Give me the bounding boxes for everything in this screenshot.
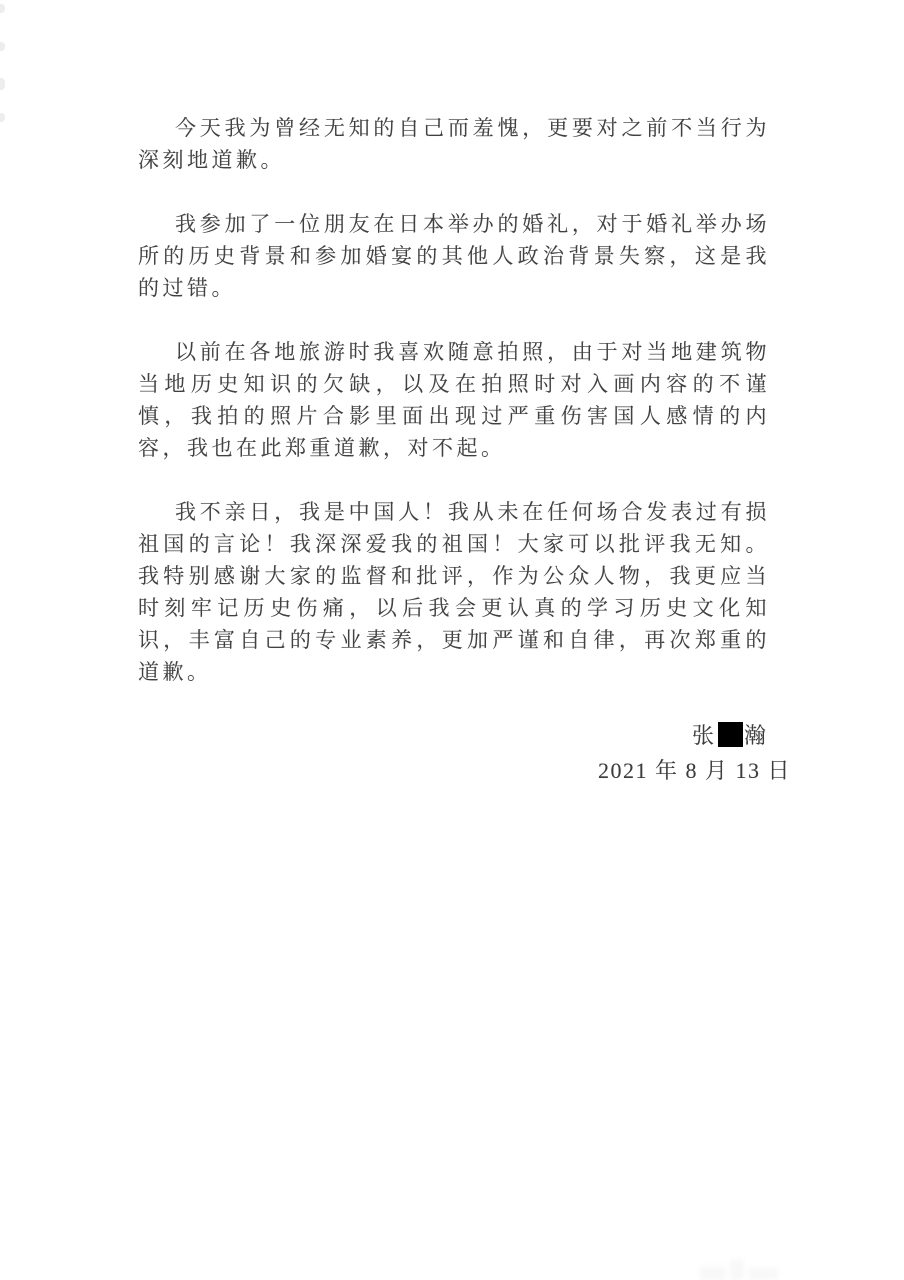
watermark-blob [748, 1268, 778, 1280]
faint-watermark [700, 1258, 780, 1280]
watermark-blob [730, 1260, 744, 1280]
signature-block: 张瀚 2021 年 8 月 13 日 [138, 720, 770, 787]
letter-body: 今天我为曾经无知的自己而羞愧，更要对之前不当行为深刻地道歉。 我参加了一位朋友在… [138, 112, 770, 787]
signature-line: 张瀚 [138, 720, 769, 752]
watermark-blob [700, 1266, 726, 1280]
scanned-letter-page: 今天我为曾经无知的自己而羞愧，更要对之前不当行为深刻地道歉。 我参加了一位朋友在… [0, 0, 904, 1280]
scan-edge-artifact [0, 42, 5, 51]
signature-surname: 张 [692, 723, 717, 748]
paragraph-1: 今天我为曾经无知的自己而羞愧，更要对之前不当行为深刻地道歉。 [138, 112, 770, 176]
scan-edge-artifact [0, 78, 5, 90]
signature-given-name: 瀚 [744, 723, 769, 748]
paragraph-4: 我不亲日，我是中国人！我从未在任何场合发表过有损祖国的言论！我深深爱我的祖国！大… [138, 496, 770, 688]
redaction-box [718, 722, 743, 747]
scan-edge-artifact [0, 113, 5, 122]
date-line: 2021 年 8 月 13 日 [138, 755, 791, 787]
paragraph-2: 我参加了一位朋友在日本举办的婚礼，对于婚礼举办场所的历史背景和参加婚宴的其他人政… [138, 208, 770, 304]
paragraph-3: 以前在各地旅游时我喜欢随意拍照，由于对当地建筑物当地历史知识的欠缺，以及在拍照时… [138, 336, 770, 464]
scan-edge-artifact [0, 4, 5, 13]
